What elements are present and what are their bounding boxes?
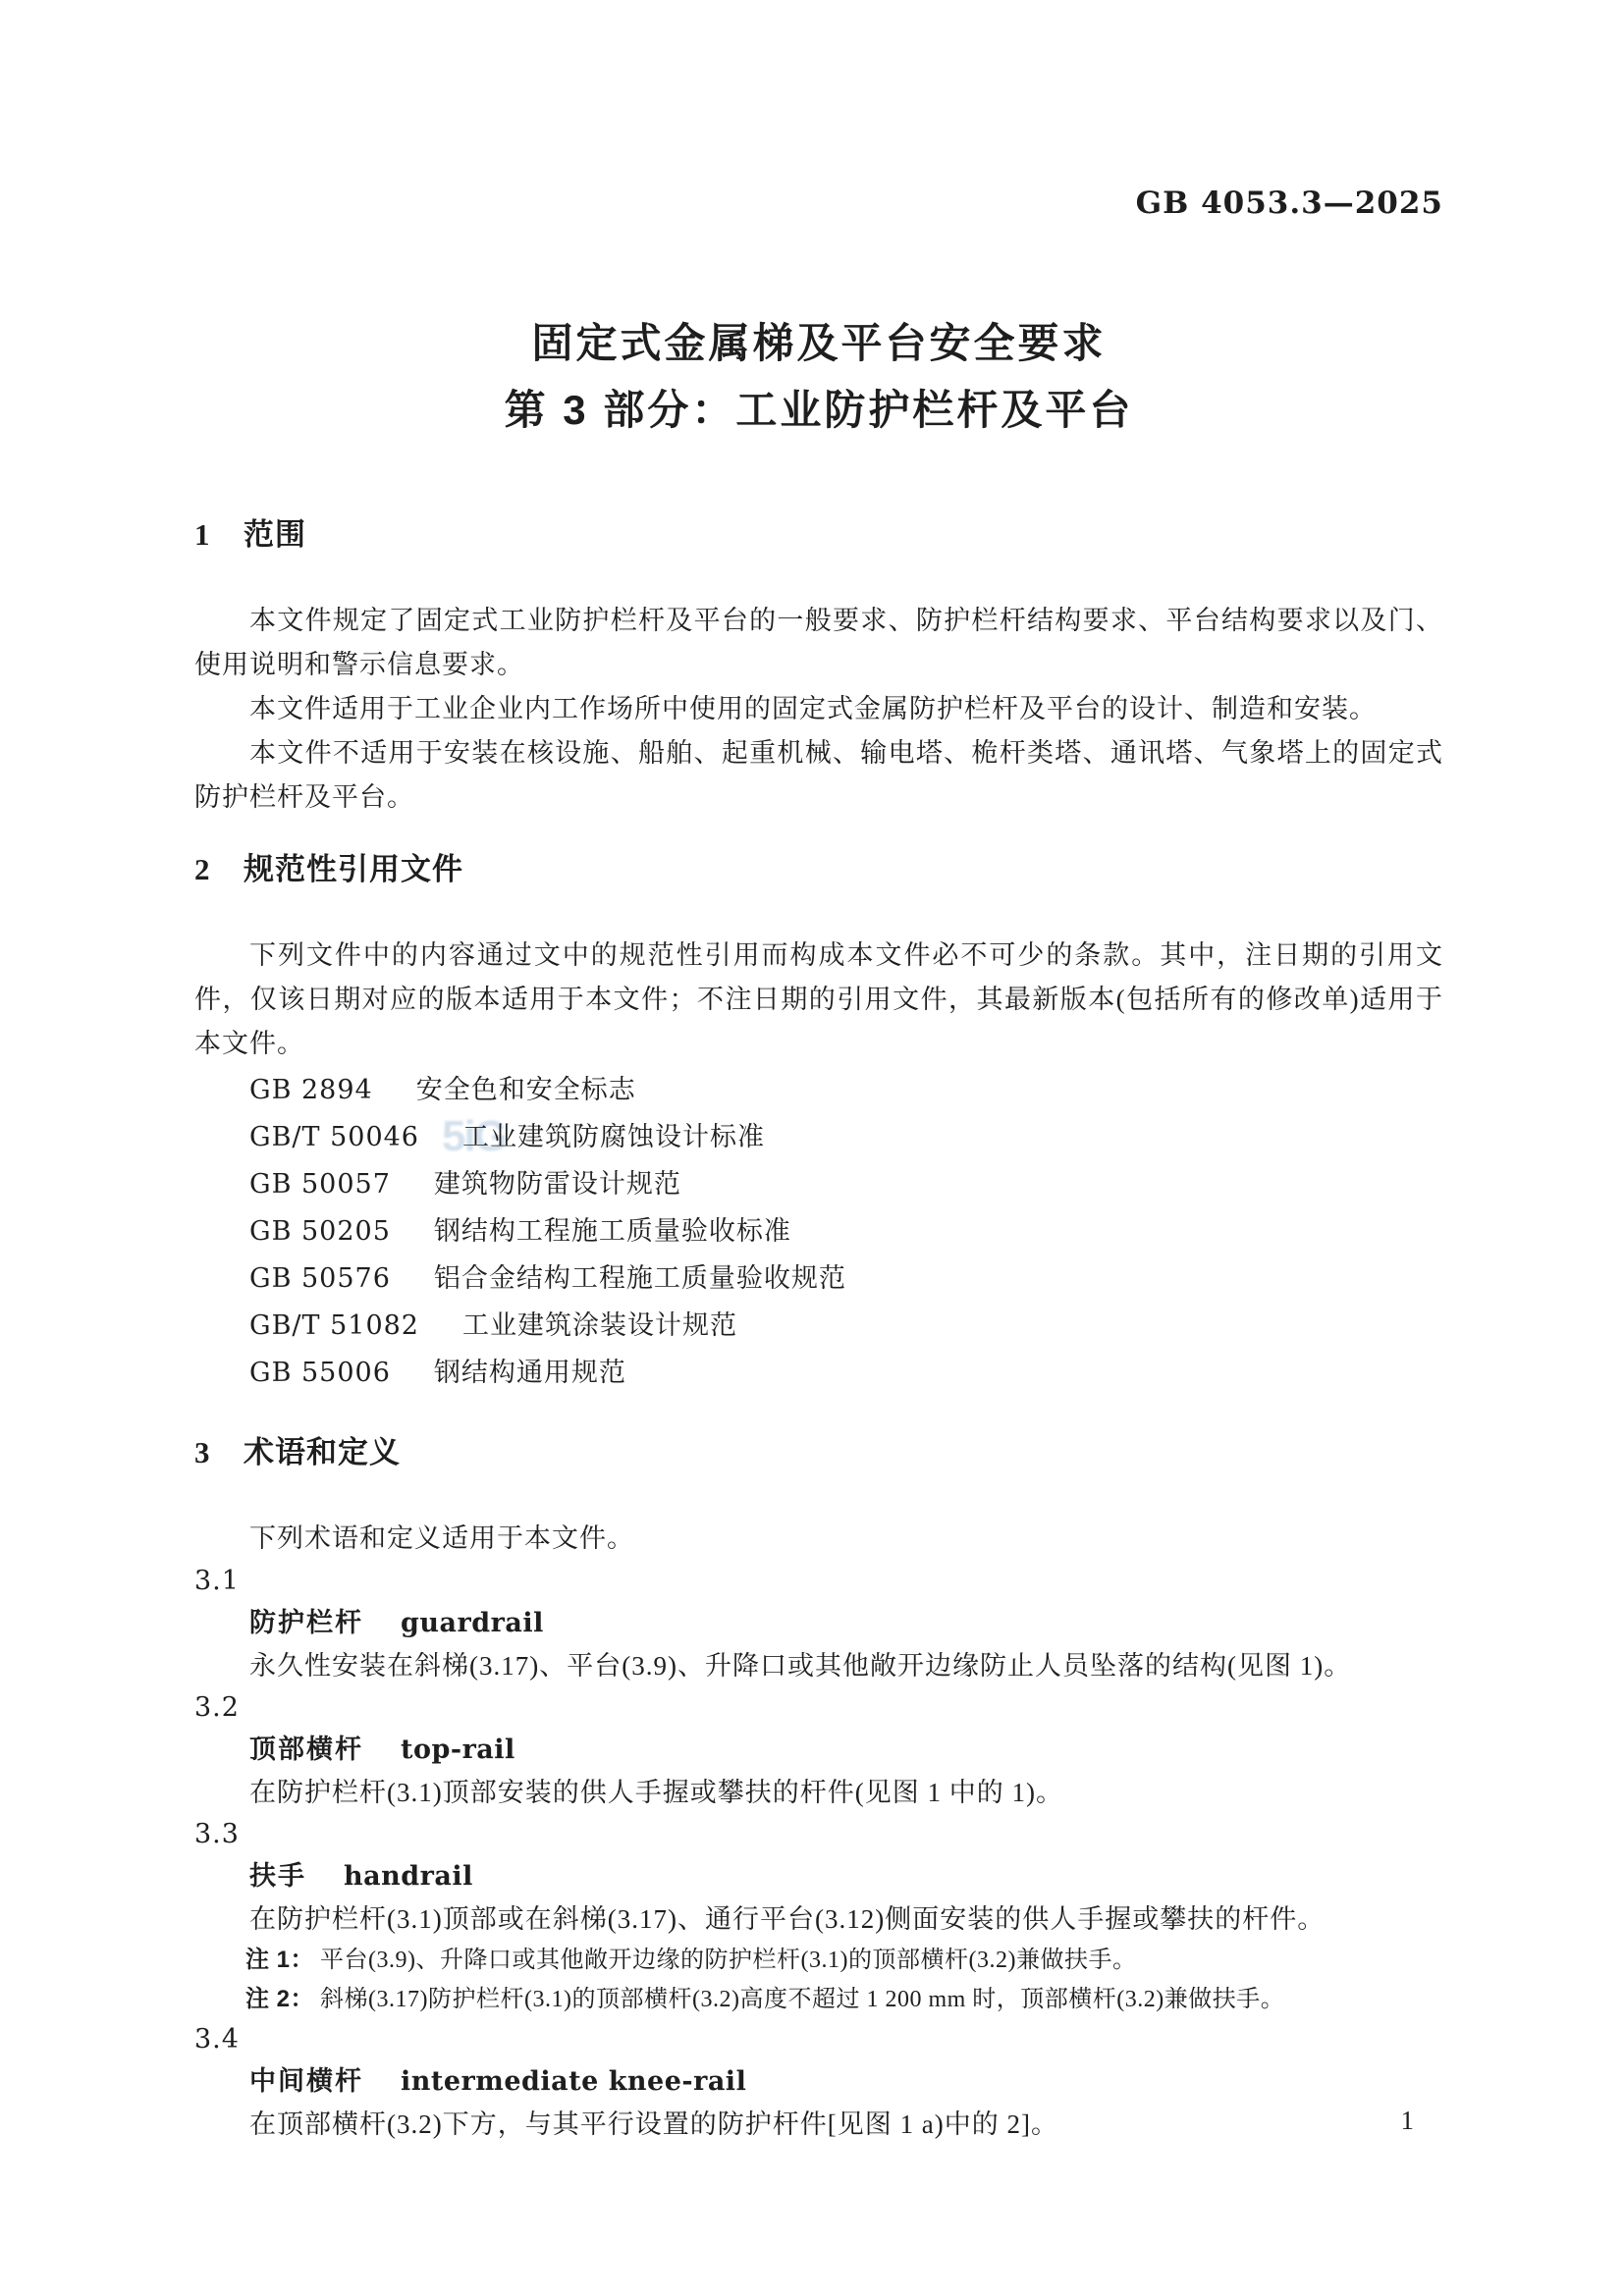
term-3-2-number: 3.2 <box>194 1687 1443 1729</box>
reference-title: 工业建筑涂装设计规范 <box>462 1310 737 1340</box>
term-en-label: guardrail <box>401 1608 544 1638</box>
section-2-heading: 2规范性引用文件 <box>194 851 1443 888</box>
terms-intro-paragraph: 下列术语和定义适用于本文件。 <box>194 1517 1443 1561</box>
section-1-heading: 1范围 <box>194 516 1443 554</box>
term-zh-label: 中间横杆 <box>249 2066 363 2096</box>
section-3-title: 术语和定义 <box>244 1435 401 1469</box>
reference-code: GB 50057 <box>249 1169 391 1200</box>
term-3-4-number: 3.4 <box>194 2019 1443 2060</box>
reference-code: GB 55006 <box>249 1358 391 1388</box>
reference-item: GB 50057建筑物防雷设计规范 <box>249 1162 1443 1206</box>
reference-code: GB/T 50046 <box>249 1122 419 1152</box>
term-3-4-definition: 在顶部横杆(3.2)下方，与其平行设置的防护杆件[见图 1 a)中的 2]。 <box>194 2103 1443 2146</box>
term-3-3-note-2: 注 2：斜梯(3.17)防护栏杆(3.1)的顶部横杆(3.2)高度不超过 1 2… <box>245 1980 1443 2019</box>
section-3-heading: 3术语和定义 <box>194 1434 1443 1471</box>
title-line-1: 固定式金属梯及平台安全要求 <box>194 320 1443 367</box>
note-text: 斜梯(3.17)防护栏杆(3.1)的顶部横杆(3.2)高度不超过 1 200 m… <box>320 1987 1284 2012</box>
reference-item: GB/T 50046工业建筑防腐蚀设计标准 <box>249 1115 1443 1159</box>
note-label: 注 1： <box>245 1947 314 1973</box>
term-3-4-name: 中间横杆intermediate knee-rail <box>249 2060 1443 2103</box>
note-label: 注 2： <box>245 1986 314 2012</box>
reference-item: GB 50576铝合金结构工程施工质量验收规范 <box>249 1256 1443 1301</box>
standard-code: GB 4053.3—2025 <box>194 185 1443 222</box>
reference-title: 钢结构通用规范 <box>434 1358 626 1387</box>
section-3-number: 3 <box>194 1434 216 1471</box>
term-zh-label: 扶手 <box>249 1861 306 1891</box>
term-3-2-definition: 在防护栏杆(3.1)顶部安装的供人手握或攀扶的杆件(见图 1 中的 1)。 <box>194 1771 1443 1814</box>
reference-title: 工业建筑防腐蚀设计标准 <box>462 1122 765 1151</box>
reference-code: GB 2894 <box>249 1075 373 1105</box>
reference-code: GB 50205 <box>249 1216 391 1247</box>
reference-title: 铝合金结构工程施工质量验收规范 <box>434 1263 846 1293</box>
normative-references-list: GB 2894安全色和安全标志 GB/T 50046工业建筑防腐蚀设计标准 GB… <box>194 1068 1443 1395</box>
term-3-1-definition: 永久性安装在斜梯(3.17)、平台(3.9)、升降口或其他敞开边缘防止人员坠落的… <box>194 1644 1443 1687</box>
term-3-3-number: 3.3 <box>194 1814 1443 1855</box>
scope-paragraph-3: 本文件不适用于安装在核设施、船舶、起重机械、输电塔、桅杆类塔、通讯塔、气象塔上的… <box>194 731 1443 820</box>
reference-code: GB/T 51082 <box>249 1310 419 1341</box>
reference-title: 安全色和安全标志 <box>416 1075 636 1104</box>
term-3-1-name: 防护栏杆guardrail <box>249 1602 1443 1644</box>
page-number: 1 <box>1401 2101 1415 2140</box>
section-2-title: 规范性引用文件 <box>244 852 463 886</box>
reference-code: GB 50576 <box>249 1263 391 1294</box>
reference-title: 建筑物防雷设计规范 <box>434 1169 681 1199</box>
scope-paragraph-1: 本文件规定了固定式工业防护栏杆及平台的一般要求、防护栏杆结构要求、平台结构要求以… <box>194 599 1443 687</box>
term-zh-label: 防护栏杆 <box>249 1608 363 1637</box>
term-en-label: top-rail <box>401 1735 515 1765</box>
term-zh-label: 顶部横杆 <box>249 1735 363 1764</box>
reference-item: GB 2894安全色和安全标志 <box>249 1068 1443 1112</box>
section-1-title: 范围 <box>244 517 306 552</box>
term-3-3-definition: 在防护栏杆(3.1)顶部或在斜梯(3.17)、通行平台(3.12)侧面安装的供人… <box>194 1897 1443 1941</box>
note-text: 平台(3.9)、升降口或其他敞开边缘的防护栏杆(3.1)的顶部横杆(3.2)兼做… <box>320 1948 1136 1973</box>
title-line-2: 第 3 部分：工业防护栏杆及平台 <box>194 387 1443 434</box>
reference-item: GB/T 51082工业建筑涂装设计规范 <box>249 1304 1443 1348</box>
term-3-1-number: 3.1 <box>194 1561 1443 1602</box>
term-en-label: handrail <box>344 1861 473 1892</box>
references-intro-paragraph: 下列文件中的内容通过文中的规范性引用而构成本文件必不可少的条款。其中，注日期的引… <box>194 934 1443 1066</box>
page-content: GB 4053.3—2025 固定式金属梯及平台安全要求 第 3 部分：工业防护… <box>194 0 1443 2146</box>
reference-item: GB 50205钢结构工程施工质量验收标准 <box>249 1209 1443 1254</box>
term-3-3-note-1: 注 1：平台(3.9)、升降口或其他敞开边缘的防护栏杆(3.1)的顶部横杆(3.… <box>245 1941 1443 1980</box>
reference-title: 钢结构工程施工质量验收标准 <box>434 1216 791 1246</box>
term-en-label: intermediate knee-rail <box>401 2066 746 2097</box>
term-3-2-name: 顶部横杆top-rail <box>249 1729 1443 1771</box>
reference-item: GB 55006钢结构通用规范 <box>249 1351 1443 1395</box>
term-3-3-name: 扶手handrail <box>249 1855 1443 1897</box>
document-page: 5iG GB 4053.3—2025 固定式金属梯及平台安全要求 第 3 部分：… <box>0 0 1624 2296</box>
document-title: 固定式金属梯及平台安全要求 第 3 部分：工业防护栏杆及平台 <box>194 320 1443 434</box>
section-1-number: 1 <box>194 516 216 554</box>
scope-paragraph-2: 本文件适用于工业企业内工作场所中使用的固定式金属防护栏杆及平台的设计、制造和安装… <box>194 687 1443 731</box>
section-2-number: 2 <box>194 851 216 888</box>
